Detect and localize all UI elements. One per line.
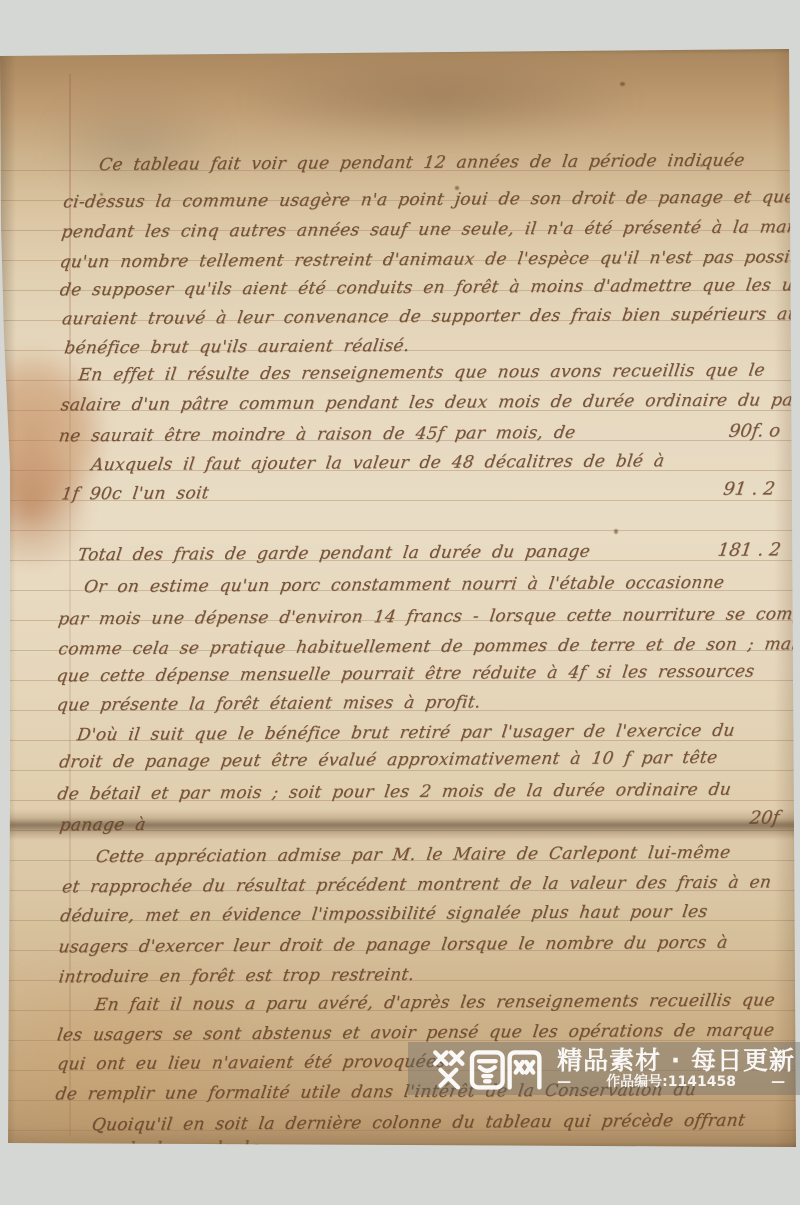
manuscript-line: En effet il résulte des renseignements q… <box>77 355 767 390</box>
handwriting-layer: Ce tableau fait voir que pendant 12 anné… <box>0 43 800 1151</box>
manuscript-line: 1f 90c l'un soit <box>59 478 211 509</box>
watermark-serial-row: — 作品编号:1141458 — <box>557 1074 785 1090</box>
manuscript-line: Auxquels il faut ajouter la valeur de 48… <box>89 446 666 480</box>
manuscript-line: usagers d'exercer leur droit de panage l… <box>57 928 730 963</box>
watermark-dash-left: — <box>557 1074 571 1090</box>
ledger-amount: 91 . 2 <box>721 474 777 504</box>
manuscript-line-partial: de la … de la … <box>124 1133 289 1148</box>
manuscript-line: Cette appréciation admise par M. le Mair… <box>94 838 732 872</box>
screenshot-root: Ce tableau fait voir que pendant 12 anné… <box>0 0 800 1205</box>
manuscript-line: panage à <box>58 810 148 841</box>
ledger-amount: 20f <box>748 803 782 833</box>
watermark-slogan: 精品素材 · 每日更新 <box>557 1048 800 1074</box>
watermark-band: 众图网 精品素材 · 每日更新 — 作品编号:1141458 — <box>408 1042 800 1095</box>
ztw-logo-icon: 众图网 <box>430 1046 547 1092</box>
manuscript-line: Total des frais de garde pendant la duré… <box>76 537 592 571</box>
manuscript-line: Ce tableau fait voir que pendant 12 anné… <box>97 146 746 181</box>
manuscript-line: qui ont eu lieu n'avaient été provoquées <box>55 1047 447 1080</box>
manuscript-line: que cette dépense mensuelle pourrait êtr… <box>55 657 757 692</box>
manuscript-line: salaire d'un pâtre commun pendant les de… <box>59 385 800 420</box>
manuscript-line: droit de panage peut être évalué approxi… <box>57 743 719 778</box>
watermark-dash-right: — <box>771 1074 785 1090</box>
manuscript-line: auraient trouvé à leur convenance de sup… <box>60 299 800 334</box>
manuscript-line: déduire, met en évidence l'impossibilité… <box>58 897 709 932</box>
ledger-amount: 90f. o <box>727 416 782 446</box>
manuscript-page: Ce tableau fait voir que pendant 12 anné… <box>0 46 800 1148</box>
watermark-serial-number: 作品编号:1141458 <box>606 1074 736 1090</box>
manuscript-line: de bétail et par mois ; soit pour les 2 … <box>55 775 733 810</box>
ledger-amount: 181 . 2 <box>716 535 783 565</box>
manuscript-line: En fait il nous a paru avéré, d'après le… <box>93 985 777 1020</box>
watermark-text-block: 精品素材 · 每日更新 — 作品编号:1141458 — <box>557 1048 800 1090</box>
manuscript-line: Or on estime qu'un porc constamment nour… <box>82 568 726 602</box>
manuscript-line: que présente la forêt étaient mises à pr… <box>55 687 483 720</box>
